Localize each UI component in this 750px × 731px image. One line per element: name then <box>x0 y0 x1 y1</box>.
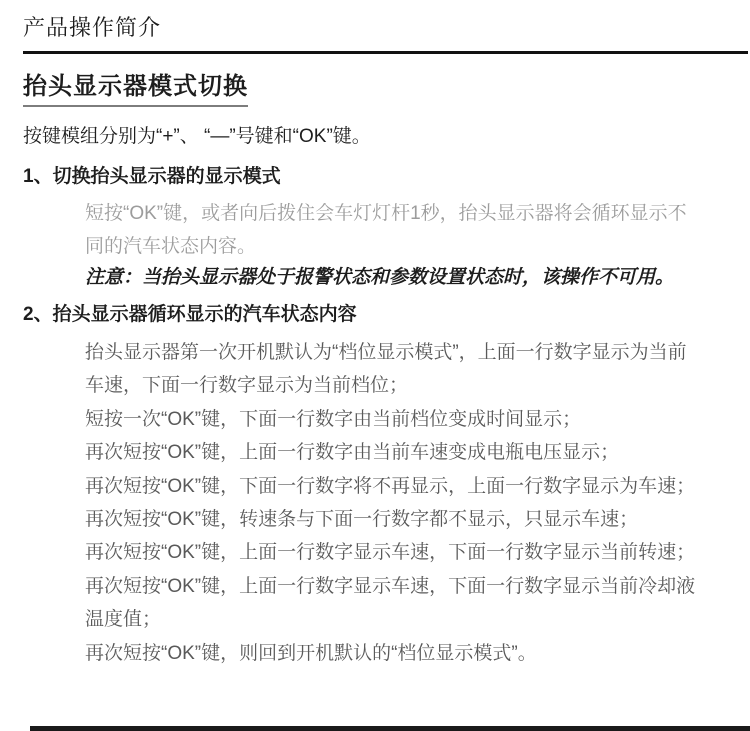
body-line: 再次短按“OK”键，下面一行数字将不再显示，上面一行数字显示为车速； <box>85 470 735 503</box>
intro-text: 按键模组分别为“+”、 “—”号键和“OK”键。 <box>23 125 735 149</box>
item1-note: 注意：当抬头显示器处于报警状态和参数设置状态时，该操作不可用。 <box>85 266 735 290</box>
body-line: 短按“OK”键，或者向后拨住会车灯灯杆1秒，抬头显示器将会循环显示不 <box>85 197 735 230</box>
next-section-divider <box>30 726 750 731</box>
body-line: 再次短按“OK”键，上面一行数字显示车速，下面一行数字显示当前冷却液 <box>85 570 735 603</box>
item1-title: 1、切换抬头显示器的显示模式 <box>23 165 735 189</box>
body-line: 再次短按“OK”键，则回到开机默认的“档位显示模式”。 <box>85 637 735 670</box>
body-line: 温度值； <box>85 603 735 636</box>
section-heading: 抬头显示器模式切换 <box>23 72 248 107</box>
body-line: 抬头显示器第一次开机默认为“档位显示模式”，上面一行数字显示为当前 <box>85 336 735 369</box>
body-line: 短按一次“OK”键，下面一行数字由当前档位变成时间显示； <box>85 403 735 436</box>
manual-page: 产品操作简介 抬头显示器模式切换 按键模组分别为“+”、 “—”号键和“OK”键… <box>0 0 750 731</box>
item2-title: 2、抬头显示器循环显示的汽车状态内容 <box>23 303 735 327</box>
item2-body: 抬头显示器第一次开机默认为“档位显示模式”，上面一行数字显示为当前 车速，下面一… <box>85 336 735 670</box>
body-line: 再次短按“OK”键，上面一行数字显示车速，下面一行数字显示当前转速； <box>85 536 735 569</box>
body-line: 同的汽车状态内容。 <box>85 230 735 263</box>
body-line: 车速，下面一行数字显示为当前档位； <box>85 369 735 402</box>
body-line: 再次短按“OK”键，转速条与下面一行数字都不显示，只显示车速； <box>85 503 735 536</box>
page-title: 产品操作简介 <box>23 14 735 42</box>
body-line: 再次短按“OK”键，上面一行数字由当前车速变成电瓶电压显示； <box>85 436 735 469</box>
item1-body: 短按“OK”键，或者向后拨住会车灯灯杆1秒，抬头显示器将会循环显示不 同的汽车状… <box>85 197 735 263</box>
